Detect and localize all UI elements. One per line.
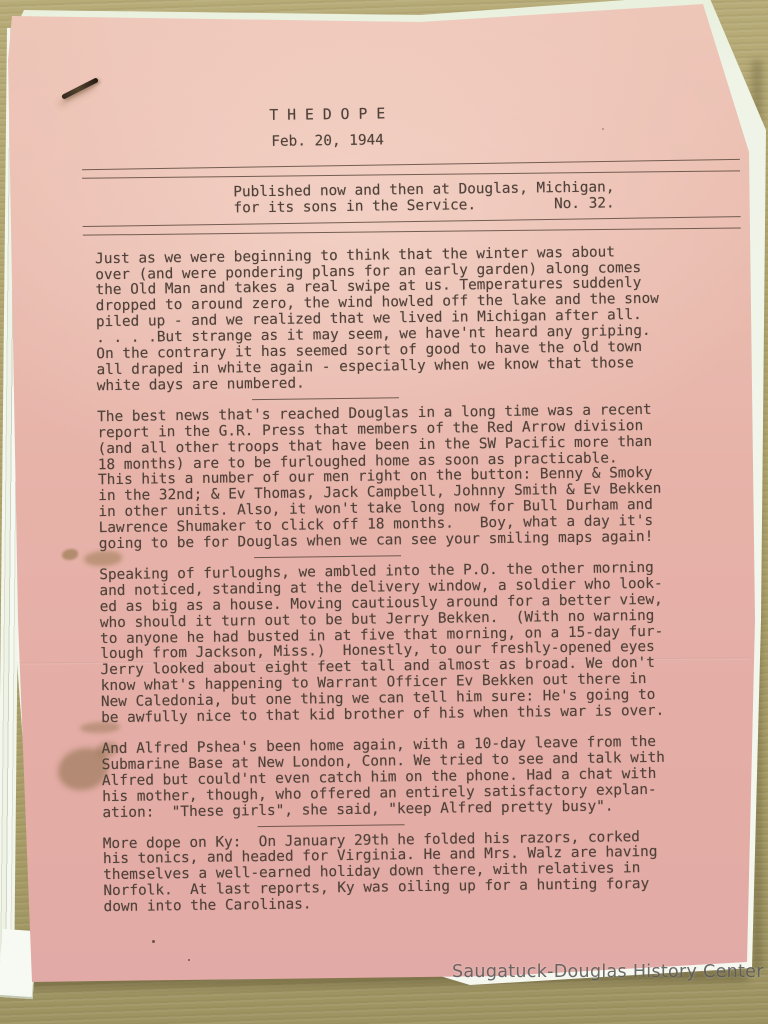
newsletter-date: Feb. 20, 1944 <box>8 130 648 154</box>
paragraph-furlough-news: The best news that's reached Douglas in … <box>97 402 739 554</box>
typed-content: T H E D O P E Feb. 20, 1944 Published no… <box>93 92 744 916</box>
paragraph-ky: More dope on Ky: On January 29th he fold… <box>103 828 744 916</box>
horizontal-rule <box>82 170 740 178</box>
horizontal-rule <box>82 159 740 170</box>
paragraph-winter: Just as we were beginning to think that … <box>95 243 737 395</box>
paragraph-alfred-pshea: And Alfred Pshea's been home again, with… <box>101 734 742 822</box>
paper-speck <box>152 940 155 943</box>
history-center-watermark: Saugatuck-Douglas History Center <box>452 962 764 982</box>
newsletter-title: T H E D O P E <box>7 103 647 127</box>
paper-stain <box>62 549 78 560</box>
newsletter-pink-page: T H E D O P E Feb. 20, 1944 Published no… <box>0 0 768 1024</box>
staple <box>61 77 99 100</box>
paper-speck <box>188 959 190 961</box>
masthead-publication-line: Published now and then at Douglas, Michi… <box>94 179 734 219</box>
section-divider <box>252 397 399 400</box>
horizontal-rule <box>83 227 741 235</box>
paragraph-jerry-bekken: Speaking of furloughs, we ambled into th… <box>99 560 741 727</box>
section-divider <box>254 555 401 558</box>
section-divider <box>258 824 405 827</box>
